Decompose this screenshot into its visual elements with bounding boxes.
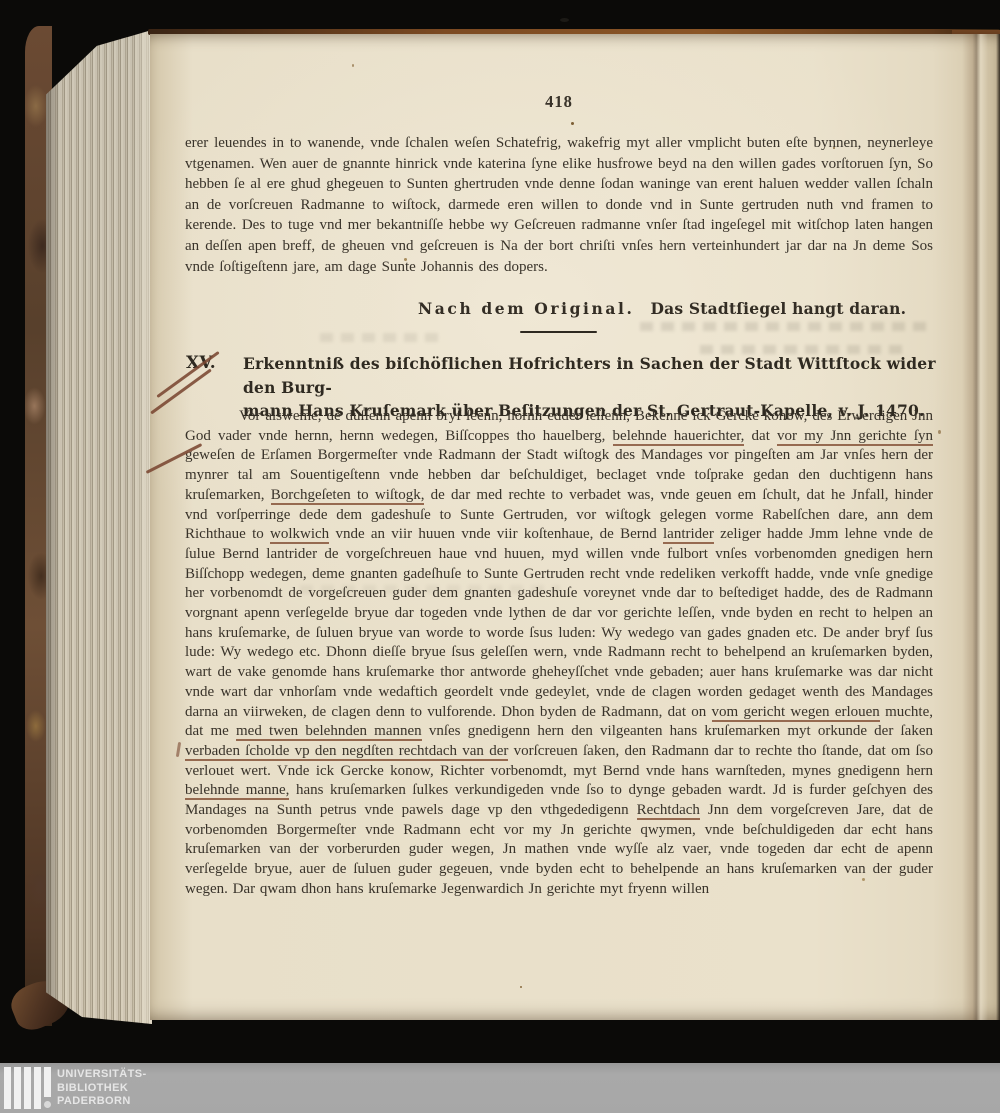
ink-underlined-text: Rechtdach — [637, 802, 700, 820]
ink-underlined-text: Borchgeſeten to wiſtogk, — [271, 487, 425, 505]
page-number: 418 — [185, 92, 933, 112]
paper-speck — [520, 986, 522, 988]
paper-speck — [938, 430, 941, 434]
body-text: dat — [744, 428, 777, 444]
logo-bar-exclamation — [44, 1067, 51, 1108]
ink-underlined-text: vor my Jnn gerichte ſyn — [777, 428, 933, 446]
library-stamp-band: UNIVERSITÄTS- BIBLIOTHEK PADERBORN — [0, 1063, 1000, 1113]
logo-bar — [24, 1067, 31, 1109]
ink-underlined-text: wolkwich — [270, 526, 329, 544]
library-name-line2: BIBLIOTHEK — [57, 1082, 147, 1096]
book-scan-photo: 418 erer leuendes in to wanende, vnde ſc… — [0, 0, 1000, 1113]
ink-underlined-text: belehnde manne, — [185, 782, 289, 800]
dust-fleck — [560, 18, 569, 22]
ink-underlined-text: vom gericht wegen erlouen — [712, 704, 880, 722]
attribution-line: Nach dem Original.Das Stadtſiegel hangt … — [418, 299, 906, 318]
page-edges-stack — [46, 30, 152, 1024]
page-gutter-crease — [962, 34, 988, 1020]
library-name-line1: UNIVERSITÄTS- — [57, 1068, 147, 1082]
ink-underlined-text: verbaden ſcholde vp den negdſten rechtda… — [185, 743, 508, 761]
library-logo-icon — [4, 1067, 51, 1109]
ink-bleedthrough — [320, 333, 440, 342]
paper-speck — [833, 147, 835, 149]
ink-underlined-text: belehnde hauerichter, — [613, 428, 745, 446]
intro-paragraph: erer leuendes in to wanende, vnde ſchale… — [185, 133, 933, 277]
paper-speck — [571, 122, 574, 125]
paper-speck — [352, 64, 354, 67]
paper-speck — [404, 258, 407, 261]
library-name-line3: PADERBORN — [57, 1095, 147, 1109]
section-heading-line1: Erkenntniß des biſchöflichen Hofrichters… — [243, 354, 936, 397]
logo-bar — [4, 1067, 11, 1109]
paper-speck — [862, 878, 865, 881]
logo-bar — [14, 1067, 21, 1109]
attribution-source: Nach dem Original. — [418, 299, 635, 318]
photo-right-edge-shadow — [996, 34, 1000, 1020]
ink-bleedthrough — [640, 322, 930, 331]
body-text: vnſes gnedigenn hern den vilgeanten hans… — [422, 723, 933, 739]
library-name: UNIVERSITÄTS- BIBLIOTHEK PADERBORN — [57, 1068, 147, 1109]
logo-bar — [34, 1067, 41, 1109]
body-paragraph: Vor alsweme, de duſſenn apenn bryf ſeenn… — [185, 407, 933, 900]
body-text: zeliger hadde Jmm lehne vnde de ſulue Be… — [185, 526, 933, 719]
ink-underlined-text: lantrider — [663, 526, 714, 544]
ink-underlined-text: med twen belehnden mannen — [236, 723, 422, 741]
attribution-note: Das Stadtſiegel hangt daran. — [651, 299, 907, 318]
body-text: vnde an viir huuen vnde viir koſtenhaue,… — [329, 526, 663, 542]
section-divider-rule — [520, 331, 597, 333]
